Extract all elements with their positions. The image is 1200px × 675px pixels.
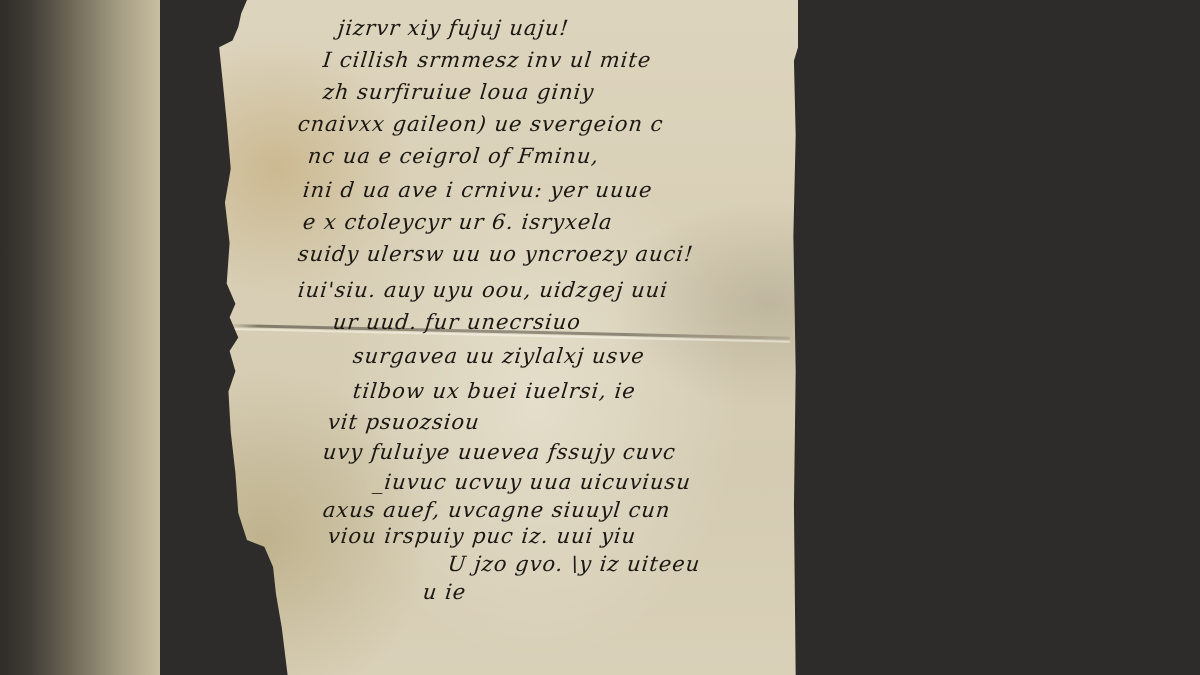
dark-backdrop: [796, 0, 1200, 675]
handwritten-line: jizrvr xiy fujuj uaju!: [337, 16, 571, 40]
handwritten-line: viou irspuiy puc iz. uui yiu: [327, 524, 638, 548]
aged-paper-letter: jizrvr xiy fujuj uaju!I cillish srmmesz …: [218, 0, 798, 675]
handwritten-line: zh surfiruiue loua giniy: [322, 80, 596, 104]
handwritten-line: uvy fuluiye uuevea fssujy cuvc: [322, 440, 677, 464]
handwritten-line: axus auef, uvcagne siuuyl cun: [322, 498, 672, 522]
handwritten-line: suidy ulersw uu uo yncroezy auci!: [297, 242, 695, 266]
handwritten-line: tilbow ux buei iuelrsi, ie: [352, 379, 637, 403]
handwritten-line: iui'siu. auy uyu oou, uidzgej uui: [297, 278, 670, 302]
handwritten-line: ur uud. fur unecrsiuo: [332, 310, 583, 334]
handwritten-line: vit psuozsiou: [327, 410, 481, 434]
handwritten-line: U jzo gvo. \y iz uiteeu: [447, 552, 702, 576]
handwritten-line: nc ua e ceigrol of Fminu,: [307, 144, 601, 168]
handwritten-line: u ie: [422, 580, 468, 604]
handwritten-line: _iuvuc ucvuy uua uicuviusu: [372, 470, 692, 494]
left-blurred-background-band: [0, 0, 160, 675]
handwritten-line: e x ctoleycyr ur 6. isryxela: [302, 210, 614, 234]
handwritten-line: surgavea uu ziylalxj usve: [352, 344, 646, 368]
handwritten-line: cnaivxx gaileon) ue svergeion c: [297, 112, 665, 136]
handwritten-line: ini d ua ave i crnivu: yer uuue: [302, 178, 654, 202]
handwritten-line: I cillish srmmesz inv ul mite: [322, 48, 653, 72]
